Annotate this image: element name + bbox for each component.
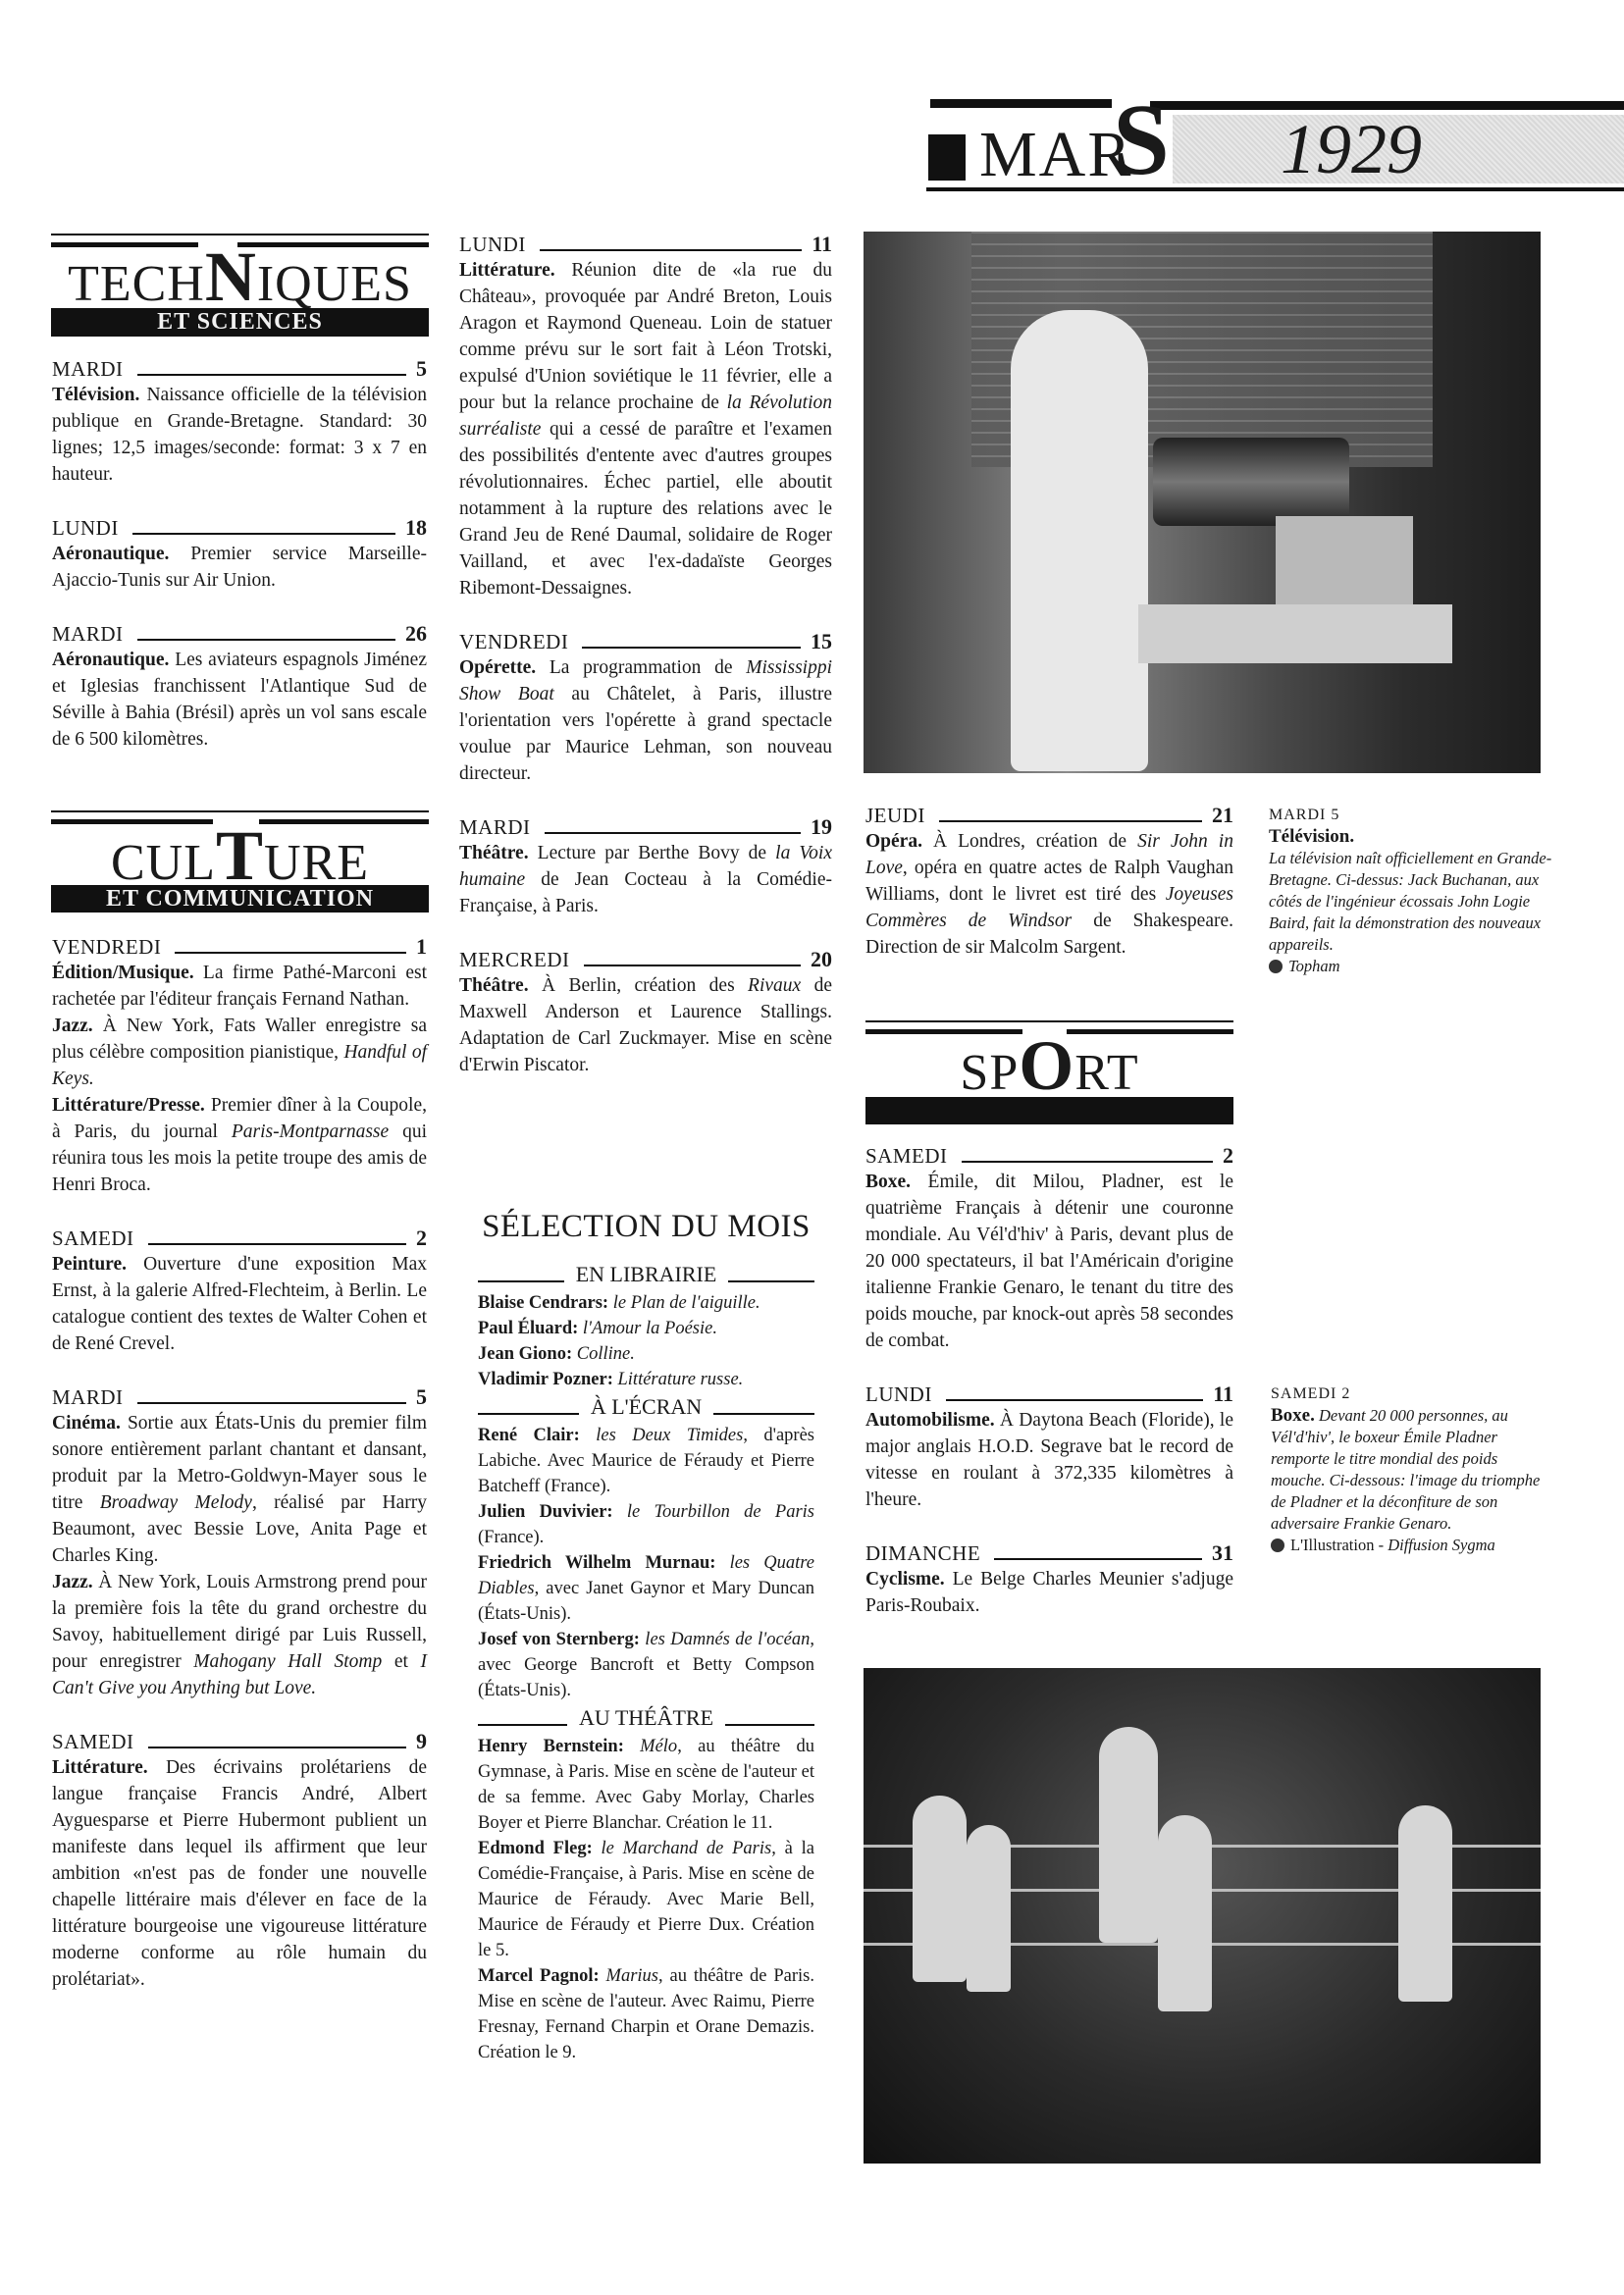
caption-boxe: SAMEDI 2 Boxe. Devant 20 000 personnes, …	[1271, 1383, 1555, 1556]
credit-bullet-icon	[1269, 960, 1283, 973]
column-right-sport: SAMEDI2 Boxe. Émile, dit Milou, Pladner,…	[865, 1143, 1233, 1646]
header-rule	[930, 99, 1112, 108]
entry: DIMANCHE31 Cyclisme. Le Belge Charles Me…	[865, 1540, 1233, 1619]
section-subtitle-band: ET SCIENCES	[51, 308, 429, 337]
entry: SAMEDI2 Boxe. Émile, dit Milou, Pladner,…	[865, 1143, 1233, 1354]
header-rule	[1150, 101, 1624, 110]
section-header-culture: CULTURE ET COMMUNICATION	[51, 810, 429, 918]
entry: SAMEDI9 Littérature. Des écrivains prolé…	[52, 1729, 427, 1993]
entry: MARDI19 Théâtre. Lecture par Berthe Bovy…	[459, 814, 832, 919]
selection-title: SÉLECTION DU MOIS	[478, 1207, 814, 1246]
month-header: MAR S 1929	[922, 93, 1624, 191]
credit-bullet-icon	[1271, 1539, 1284, 1552]
section-header-techniques: TECHNIQUES ET SCIENCES	[51, 234, 429, 341]
entry: MERCREDI20 Théâtre. À Berlin, création d…	[459, 947, 832, 1078]
year-label: 1929	[1281, 113, 1422, 185]
photo-boxing-match	[864, 1668, 1541, 2164]
selection-du-mois: SÉLECTION DU MOIS EN LIBRAIRIE Blaise Ce…	[478, 1207, 814, 2065]
section-title: CULTURE	[51, 828, 429, 891]
entry: VENDREDI1 Édition/Musique. La firme Path…	[52, 934, 427, 1198]
section-subtitle-band: ET COMMUNICATION	[51, 885, 429, 913]
entry: SAMEDI2 Peinture. Ouverture d'une exposi…	[52, 1226, 427, 1357]
entry: LUNDI18 Aéronautique. Premier service Ma…	[52, 515, 427, 594]
entry: LUNDI11 Automobilisme. À Daytona Beach (…	[865, 1382, 1233, 1513]
entry: MARDI26 Aéronautique. Les aviateurs espa…	[52, 621, 427, 753]
entry: JEUDI21 Opéra. À Londres, création de Si…	[865, 803, 1233, 961]
header-rule	[926, 187, 1624, 191]
entry: LUNDI11 Littérature. Réunion dite de «la…	[459, 232, 832, 601]
photo-television-demonstration	[864, 232, 1541, 773]
column-left-culture: VENDREDI1 Édition/Musique. La firme Path…	[52, 934, 427, 2020]
entry: MARDI5 Cinéma. Sortie aux États-Unis du …	[52, 1384, 427, 1701]
month-title: MAR	[979, 123, 1132, 187]
section-title: TECHNIQUES	[51, 249, 429, 312]
column-right-top: JEUDI21 Opéra. À Londres, création de Si…	[865, 803, 1233, 988]
section-header-sport: SPORT	[865, 1020, 1233, 1123]
year-box: 1929	[1173, 115, 1624, 183]
subsection-ecran: À L'ÉCRAN	[478, 1394, 814, 1420]
section-title: SPORT	[865, 1038, 1233, 1101]
black-square-icon	[928, 134, 966, 181]
subsection-librairie: EN LIBRAIRIE	[478, 1262, 814, 1287]
subsection-theatre: AU THÉÂTRE	[478, 1705, 814, 1731]
column-middle: LUNDI11 Littérature. Réunion dite de «la…	[459, 232, 832, 1106]
section-subtitle-band	[865, 1097, 1233, 1124]
column-left: MARDI5 Télévision. Naissance officielle …	[52, 356, 427, 780]
caption-television: MARDI 5 Télévision. La télévision naît o…	[1269, 805, 1553, 977]
entry: VENDREDI15 Opérette. La programmation de…	[459, 629, 832, 787]
month-title-drop-letter: S	[1113, 91, 1170, 189]
entry: MARDI5 Télévision. Naissance officielle …	[52, 356, 427, 488]
